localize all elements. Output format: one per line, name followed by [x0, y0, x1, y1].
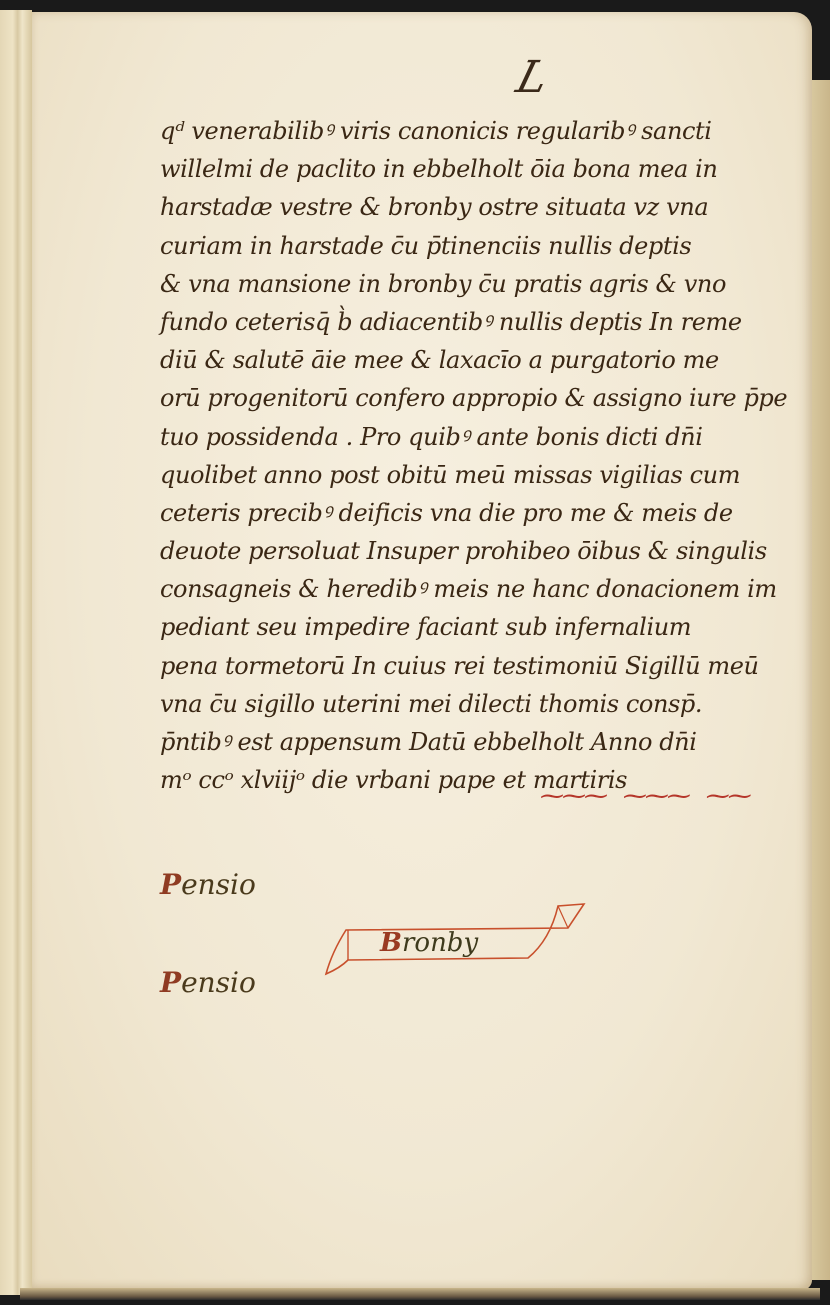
text-line: diū & salutē āie mee & laxacīo a pur…	[160, 341, 810, 379]
text-line: tuo possidenda . Pro quibꝰ ante bonis di…	[160, 418, 810, 456]
text-line: orū progenitorū confero appropio & ass…	[160, 379, 810, 417]
rubric-initial: P	[160, 868, 181, 901]
page-right-edge	[810, 80, 830, 1280]
text-line: harstadæ vestre & bronby ostre situata v…	[160, 188, 810, 226]
text-line: qᵈ venerabilibꝰ viris canonicis regulari…	[160, 112, 810, 150]
marginal-note-pensio-2: Pensio	[160, 966, 256, 999]
main-text-block: qᵈ venerabilibꝰ viris canonicis regulari…	[160, 112, 810, 799]
text-line: & vna mansione in bronby c̄u pratis agri…	[160, 265, 810, 303]
banner-initial: B	[380, 928, 402, 958]
text-line: ceteris precibꝰ deificis vna die pro me …	[160, 494, 810, 532]
text-line: vna c̄u sigillo uterini mei dilecti thom…	[160, 685, 810, 723]
text-line: p̄ntibꝰ est appensum Datū ebbelholt Ann…	[160, 723, 810, 761]
rubric-initial: P	[160, 966, 181, 999]
filler-3: ⁓⁓	[706, 782, 750, 810]
banner-text: ronby	[402, 928, 478, 958]
text-line: willelmi de paclito in ebbelholt ōia bo…	[160, 150, 810, 188]
line-filler-red: ⁓⁓⁓ ⁓⁓⁓ ⁓⁓	[540, 782, 750, 810]
text-line: curiam in harstade c̄u p̄tinenciis nulli…	[160, 227, 810, 265]
book-left-edge	[0, 10, 32, 1295]
text-line: quolibet anno post obitū meū missas vi…	[160, 456, 810, 494]
text-line: deuote persoluat Insuper prohibeo ōibus…	[160, 532, 810, 570]
text-line: consagneis & heredibꝰ meis ne hanc donac…	[160, 570, 810, 608]
book-bottom-edge	[20, 1288, 820, 1300]
marginal-text: ensio	[181, 868, 256, 901]
text-line: fundo ceterisq̄ b̀ adiacentibꝰ nullis de…	[160, 303, 810, 341]
filler-2: ⁓⁓⁓	[623, 782, 689, 810]
banner-label: Bronby	[380, 928, 478, 958]
filler-1: ⁓⁓⁓	[540, 782, 606, 810]
text-line: pediant seu impedire faciant sub inferna…	[160, 608, 810, 646]
text-line: pena tormetorū In cuius rei testimoniū…	[160, 647, 810, 685]
marginal-note-pensio-1: Pensio	[160, 868, 256, 901]
marginal-text: ensio	[181, 966, 256, 999]
